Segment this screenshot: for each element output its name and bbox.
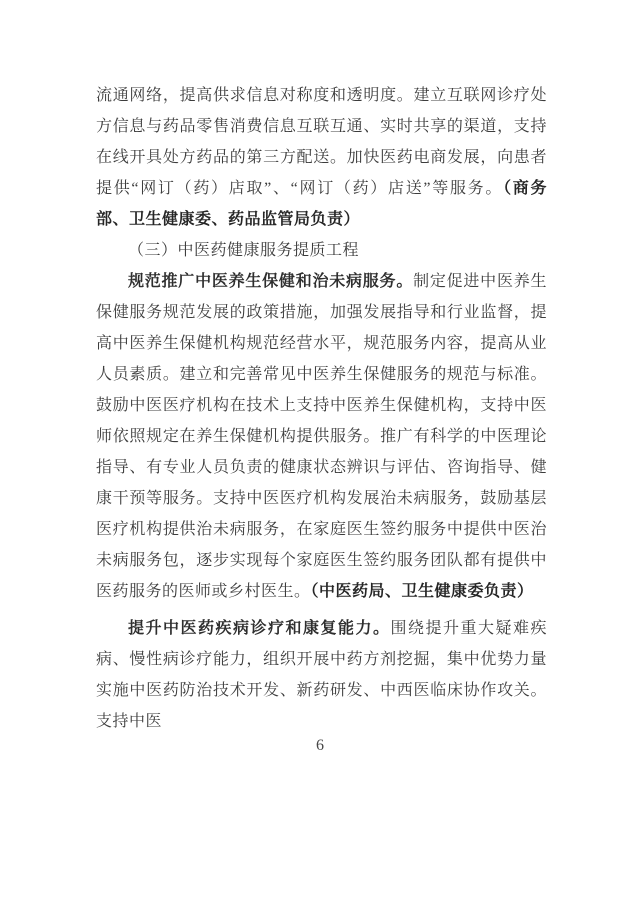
text-segment: 规范推广中医养生保健和治未病服务。	[128, 273, 413, 290]
text-segment: 提升中医药疾病诊疗和康复能力。	[128, 620, 390, 637]
document-content: 流通网络，提高供求信息对称度和透明度。建立互联网诊疗处方信息与药品零售消费信息互…	[96, 80, 547, 737]
text-segment: 制定促进中医养生保健服务规范发展的政策措施，加强发展指导和行业监督，提高中医养生…	[96, 273, 547, 600]
page-number: 6	[0, 737, 640, 755]
document-page: 流通网络，提高供求信息对称度和透明度。建立互联网诊疗处方信息与药品零售消费信息互…	[0, 0, 640, 905]
paragraph: 提升中医药疾病诊疗和康复能力。围绕提升重大疑难疾病、慢性病诊疗能力，组织开展中药…	[96, 613, 547, 737]
text-segment: 流通网络，提高供求信息对称度和透明度。建立互联网诊疗处方信息与药品零售消费信息互…	[96, 87, 547, 197]
section-heading: （三）中医药健康服务提质工程	[96, 235, 547, 266]
text-segment: （三）中医药健康服务提质工程	[128, 242, 359, 259]
paragraph: 规范推广中医养生保健和治未病服务。制定促进中医养生保健服务规范发展的政策措施，加…	[96, 266, 547, 607]
text-segment: （中医药局、卫生健康委负责）	[311, 583, 534, 600]
paragraph: 流通网络，提高供求信息对称度和透明度。建立互联网诊疗处方信息与药品零售消费信息互…	[96, 80, 547, 235]
